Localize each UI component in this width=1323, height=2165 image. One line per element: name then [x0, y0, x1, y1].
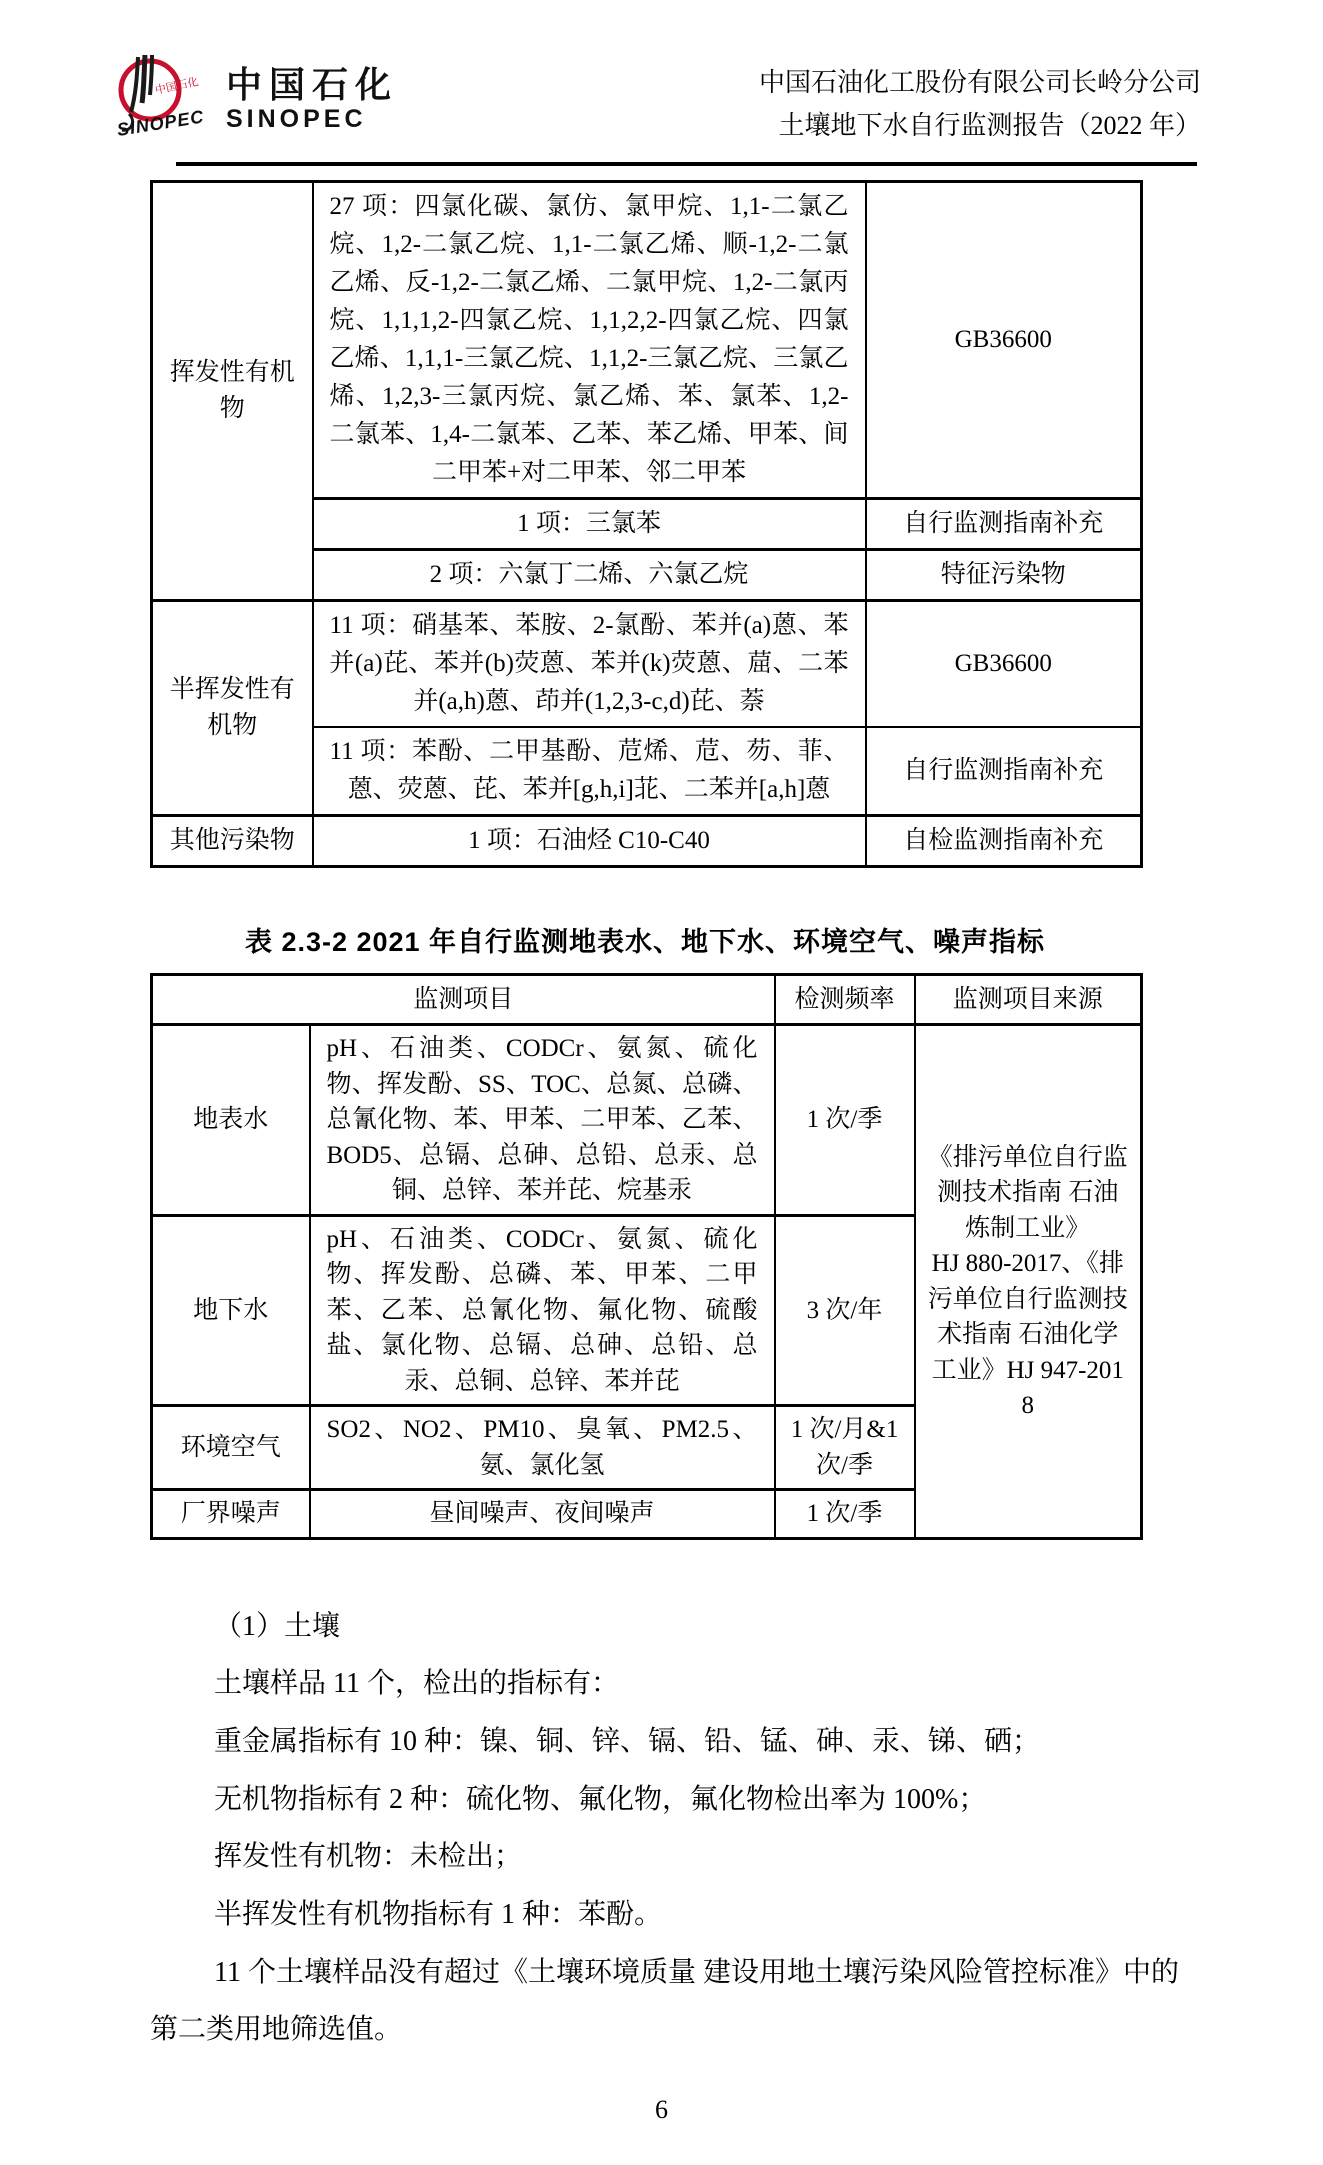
cell-items-voc-extra2: 2 项：六氯丁二烯、六氯乙烷	[313, 549, 866, 600]
cell-source-svoc-extra: 自行监测指南补充	[866, 727, 1142, 816]
page-content: 挥发性有机物 27 项：四氯化碳、氯仿、氯甲烷、1,1-二氯乙烷、1,2-二氯乙…	[150, 180, 1140, 1540]
header-report-title: 中国石油化工股份有限公司长岭分公司 土壤地下水自行监测报告（2022 年）	[759, 62, 1201, 148]
cell-category-surface-water: 地表水	[152, 1025, 310, 1216]
table-row-svoc: 半挥发性有机物 11 项：硝基苯、苯胺、2-氯酚、苯并(a)蒽、苯并(a)芘、苯…	[152, 600, 1142, 727]
sinopec-emblem-icon: 中国石化 SINOPEC	[96, 50, 216, 142]
cell-items-noise: 昼间噪声、夜间噪声	[310, 1490, 775, 1539]
paragraph-voc-result: 挥发性有机物：未检出；	[150, 1828, 1203, 1886]
paragraph-inorganics: 无机物指标有 2 种：硫化物、氟化物，氟化物检出率为 100%；	[150, 1771, 1203, 1829]
header-cell-item: 监测项目	[152, 974, 775, 1025]
cell-category-other: 其他污染物	[152, 815, 313, 866]
cell-category-air: 环境空气	[152, 1406, 310, 1490]
paragraph-soil-heading: （1）土壤	[150, 1598, 1203, 1656]
report-page: 中国石化 SINOPEC 中国石化 SINOPEC 中国石油化工股份有限公司长岭…	[0, 0, 1323, 2165]
cell-items-groundwater: pH、石油类、CODCr、氨氮、硫化物、挥发酚、总磷、苯、甲苯、二甲苯、乙苯、总…	[310, 1215, 775, 1406]
cell-source-standards: 《排污单位自行监测技术指南 石油炼制工业》 HJ 880-2017、《排污单位自…	[915, 1025, 1142, 1539]
cell-items-surface-water: pH、石油类、CODCr、氨氮、硫化物、挥发酚、SS、TOC、总氮、总磷、总氰化…	[310, 1025, 775, 1216]
cell-source-voc-extra2: 特征污染物	[866, 549, 1142, 600]
cell-category-svoc: 半挥发性有机物	[152, 600, 313, 815]
table-header-row: 监测项目 检测频率 监测项目来源	[152, 974, 1142, 1025]
cell-frequency-air: 1 次/月&1 次/季	[775, 1406, 915, 1490]
table-row-voc: 挥发性有机物 27 项：四氯化碳、氯仿、氯甲烷、1,1-二氯乙烷、1,2-二氯乙…	[152, 181, 1142, 498]
header-cell-frequency: 检测频率	[775, 974, 915, 1025]
paragraph-screening-conclusion: 11 个土壤样品没有超过《土壤环境质量 建设用地土壤污染风险管控标准》中的第二类…	[150, 1944, 1203, 2059]
cell-items-voc: 27 项：四氯化碳、氯仿、氯甲烷、1,1-二氯乙烷、1,2-二氯乙烷、1,1-二…	[313, 181, 866, 498]
header-divider	[176, 162, 1197, 166]
cell-source-other: 自检监测指南补充	[866, 815, 1142, 866]
body-text: （1）土壤 土壤样品 11 个，检出的指标有： 重金属指标有 10 种：镍、铜、…	[150, 1598, 1203, 2059]
cell-category-noise: 厂界噪声	[152, 1490, 310, 1539]
report-name-line: 土壤地下水自行监测报告（2022 年）	[759, 105, 1201, 148]
logo-en-text: SINOPEC	[226, 106, 398, 132]
table-row-other: 其他污染物 1 项：石油烃 C10-C40 自检监测指南补充	[152, 815, 1142, 866]
header-cell-source: 监测项目来源	[915, 974, 1142, 1025]
cell-frequency-groundwater: 3 次/年	[775, 1215, 915, 1406]
monitoring-indicators-table: 监测项目 检测频率 监测项目来源 地表水 pH、石油类、CODCr、氨氮、硫化物…	[150, 973, 1143, 1540]
paragraph-svoc-result: 半挥发性有机物指标有 1 种：苯酚。	[150, 1886, 1203, 1944]
cell-source-voc-extra1: 自行监测指南补充	[866, 498, 1142, 549]
cell-items-svoc: 11 项：硝基苯、苯胺、2-氯酚、苯并(a)蒽、苯并(a)芘、苯并(b)荧蒽、苯…	[313, 600, 866, 727]
cell-frequency-noise: 1 次/季	[775, 1490, 915, 1539]
cell-items-other: 1 项：石油烃 C10-C40	[313, 815, 866, 866]
logo-wordmark: 中国石化 SINOPEC	[226, 66, 398, 132]
company-name-line: 中国石油化工股份有限公司长岭分公司	[759, 62, 1201, 105]
cell-category-groundwater: 地下水	[152, 1215, 310, 1406]
cell-items-air: SO2、NO2、PM10、臭氧、PM2.5、氨、氯化氢	[310, 1406, 775, 1490]
cell-source-voc: GB36600	[866, 181, 1142, 498]
paragraph-heavy-metals: 重金属指标有 10 种：镍、铜、锌、镉、铅、锰、砷、汞、锑、硒；	[150, 1713, 1203, 1771]
table-row-surface-water: 地表水 pH、石油类、CODCr、氨氮、硫化物、挥发酚、SS、TOC、总氮、总磷…	[152, 1025, 1142, 1216]
cell-items-voc-extra1: 1 项：三氯苯	[313, 498, 866, 549]
table2-title: 表 2.3-2 2021 年自行监测地表水、地下水、环境空气、噪声指标	[150, 920, 1140, 959]
page-header: 中国石化 SINOPEC 中国石化 SINOPEC 中国石油化工股份有限公司长岭…	[0, 50, 1323, 148]
cell-frequency-surface-water: 1 次/季	[775, 1025, 915, 1216]
logo-cn-text: 中国石化	[226, 66, 398, 104]
sinopec-logo: 中国石化 SINOPEC 中国石化 SINOPEC	[96, 50, 398, 142]
cell-source-svoc: GB36600	[866, 600, 1142, 727]
page-number: 6	[0, 2095, 1323, 2165]
paragraph-sample-count: 土壤样品 11 个，检出的指标有：	[150, 1655, 1203, 1713]
cell-category-voc: 挥发性有机物	[152, 181, 313, 600]
pollutants-table: 挥发性有机物 27 项：四氯化碳、氯仿、氯甲烷、1,1-二氯乙烷、1,2-二氯乙…	[150, 180, 1143, 868]
cell-items-svoc-extra: 11 项：苯酚、二甲基酚、苊烯、苊、芴、菲、蒽、荧蒽、芘、苯并[g,h,i]苝、…	[313, 727, 866, 816]
